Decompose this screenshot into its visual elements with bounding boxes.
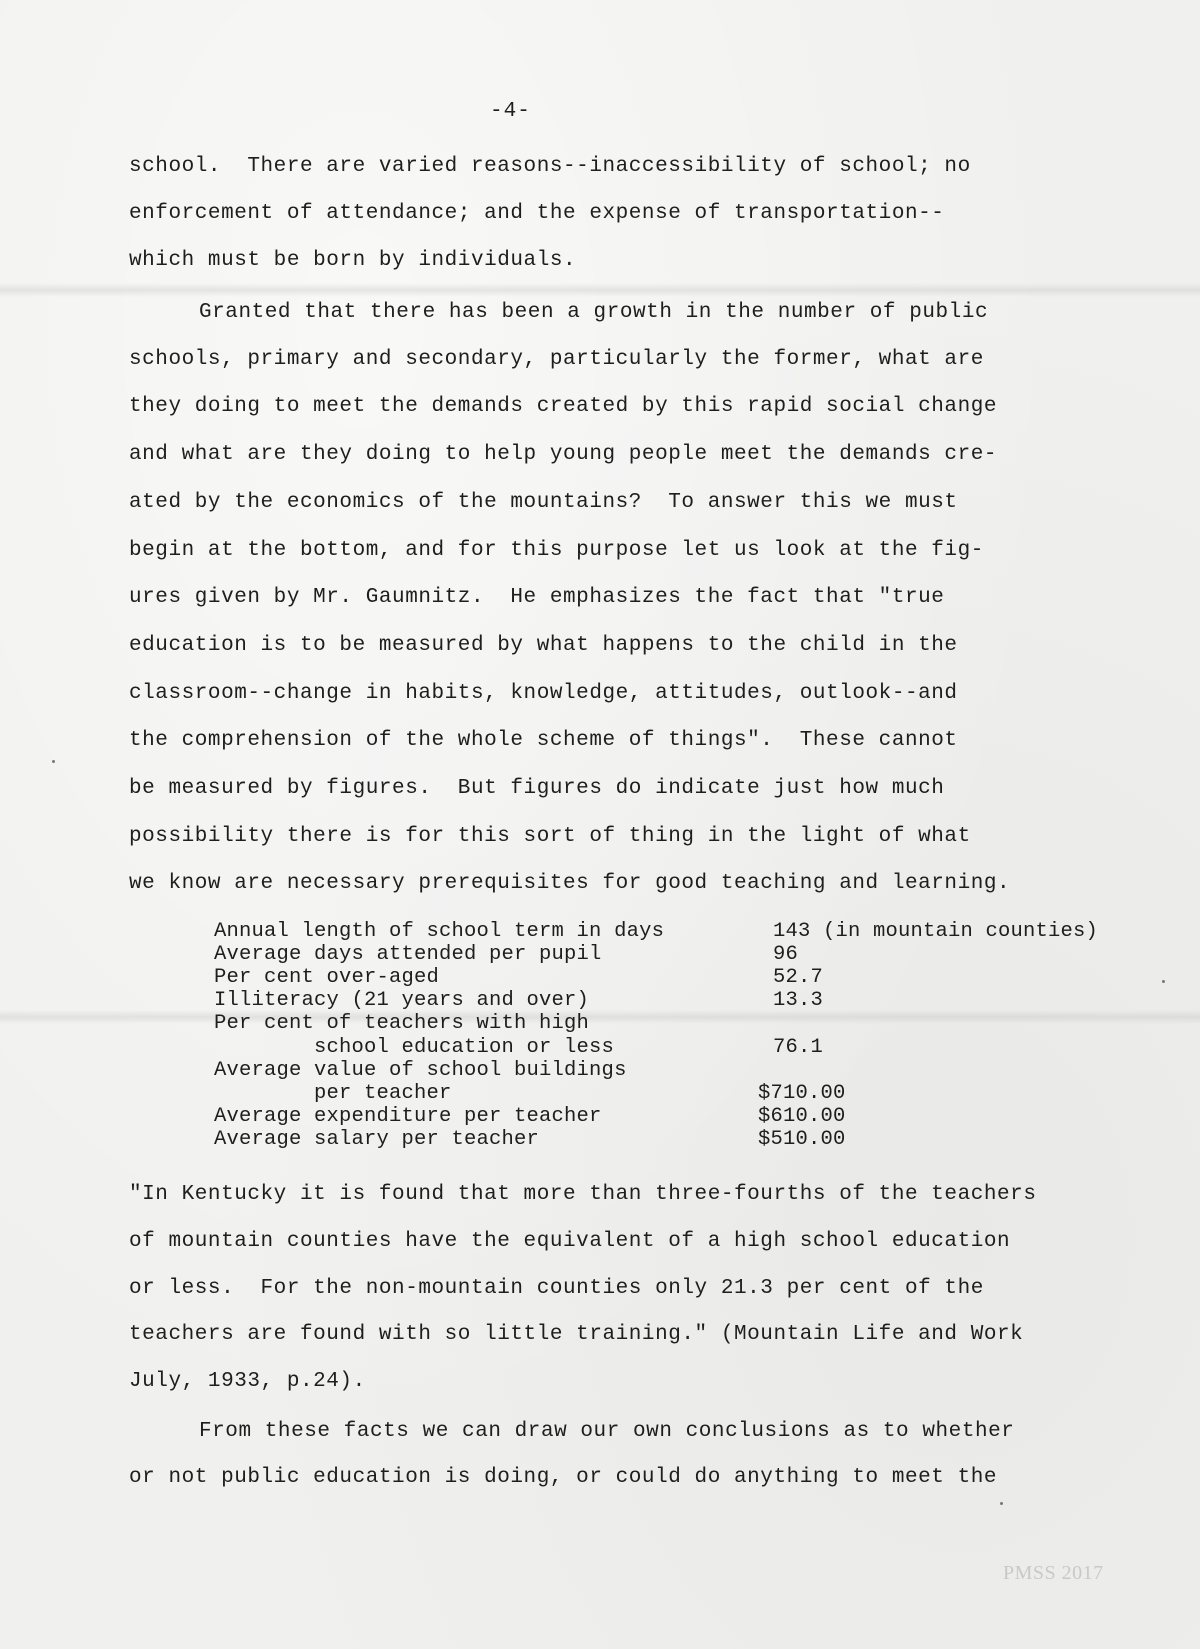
table-row-label: Annual length of school term in days [214, 921, 664, 943]
table-row-value: $610.00 [758, 1106, 846, 1128]
text-line: From these facts we can draw our own con… [199, 1420, 1014, 1444]
table-row-value: 96 [773, 944, 798, 966]
table-row-value: 13.3 [773, 990, 823, 1012]
text-line: "In Kentucky it is found that more than … [129, 1183, 1037, 1207]
table-row-label: Per cent over-aged [214, 967, 439, 989]
text-line: begin at the bottom, and for this purpos… [129, 539, 984, 563]
text-line: ated by the economics of the mountains? … [129, 491, 958, 515]
text-line: and what are they doing to help young pe… [129, 443, 997, 467]
paper-fold-crease [0, 283, 1200, 297]
paper-speck [1162, 980, 1165, 983]
text-line: classroom--change in habits, knowledge, … [129, 682, 958, 706]
table-row-value: $710.00 [758, 1083, 846, 1105]
table-row-label: Illiteracy (21 years and over) [214, 990, 589, 1012]
table-row-value: 52.7 [773, 967, 823, 989]
table-row-label: Average days attended per pupil [214, 944, 602, 966]
text-line: school. There are varied reasons--inacce… [129, 155, 971, 179]
text-line: or less. For the non-mountain counties o… [129, 1277, 984, 1301]
text-line: education is to be measured by what happ… [129, 634, 958, 658]
archive-watermark: PMSS 2017 [1003, 1562, 1104, 1585]
table-row-label: Average expenditure per teacher [214, 1106, 602, 1128]
table-row-label: Per cent of teachers with high [214, 1013, 589, 1035]
table-row-label-continued: school education or less [314, 1037, 614, 1059]
text-line: enforcement of attendance; and the expen… [129, 202, 944, 226]
table-row-label: Average value of school buildings [214, 1060, 627, 1082]
text-line: possibility there is for this sort of th… [129, 825, 971, 849]
table-row-value: 76.1 [773, 1037, 823, 1059]
text-line: teachers are found with so little traini… [129, 1323, 1023, 1347]
text-line: we know are necessary prerequisites for … [129, 872, 1010, 896]
paper-fold-crease [0, 1010, 1200, 1024]
text-line: schools, primary and secondary, particul… [129, 348, 984, 372]
text-line: ures given by Mr. Gaumnitz. He emphasize… [129, 586, 944, 610]
text-line: of mountain counties have the equivalent… [129, 1230, 1010, 1254]
table-row-label: Average salary per teacher [214, 1129, 539, 1151]
text-line: Granted that there has been a growth in … [199, 301, 988, 325]
text-line: which must be born by individuals. [129, 249, 576, 273]
page-number: -4- [490, 100, 531, 123]
text-line: or not public education is doing, or cou… [129, 1466, 997, 1490]
text-line: be measured by figures. But figures do i… [129, 777, 944, 801]
table-row-value: 143 (in mountain counties) [773, 921, 1098, 943]
paper-speck [52, 760, 55, 763]
text-line: they doing to meet the demands created b… [129, 395, 997, 419]
table-row-value: $510.00 [758, 1129, 846, 1151]
text-line: July, 1933, p.24). [129, 1370, 366, 1394]
text-line: the comprehension of the whole scheme of… [129, 729, 958, 753]
table-row-label-continued: per teacher [314, 1083, 452, 1105]
paper-speck [1000, 1502, 1003, 1505]
typewritten-page: -4- school. There are varied reasons--in… [0, 0, 1200, 1649]
